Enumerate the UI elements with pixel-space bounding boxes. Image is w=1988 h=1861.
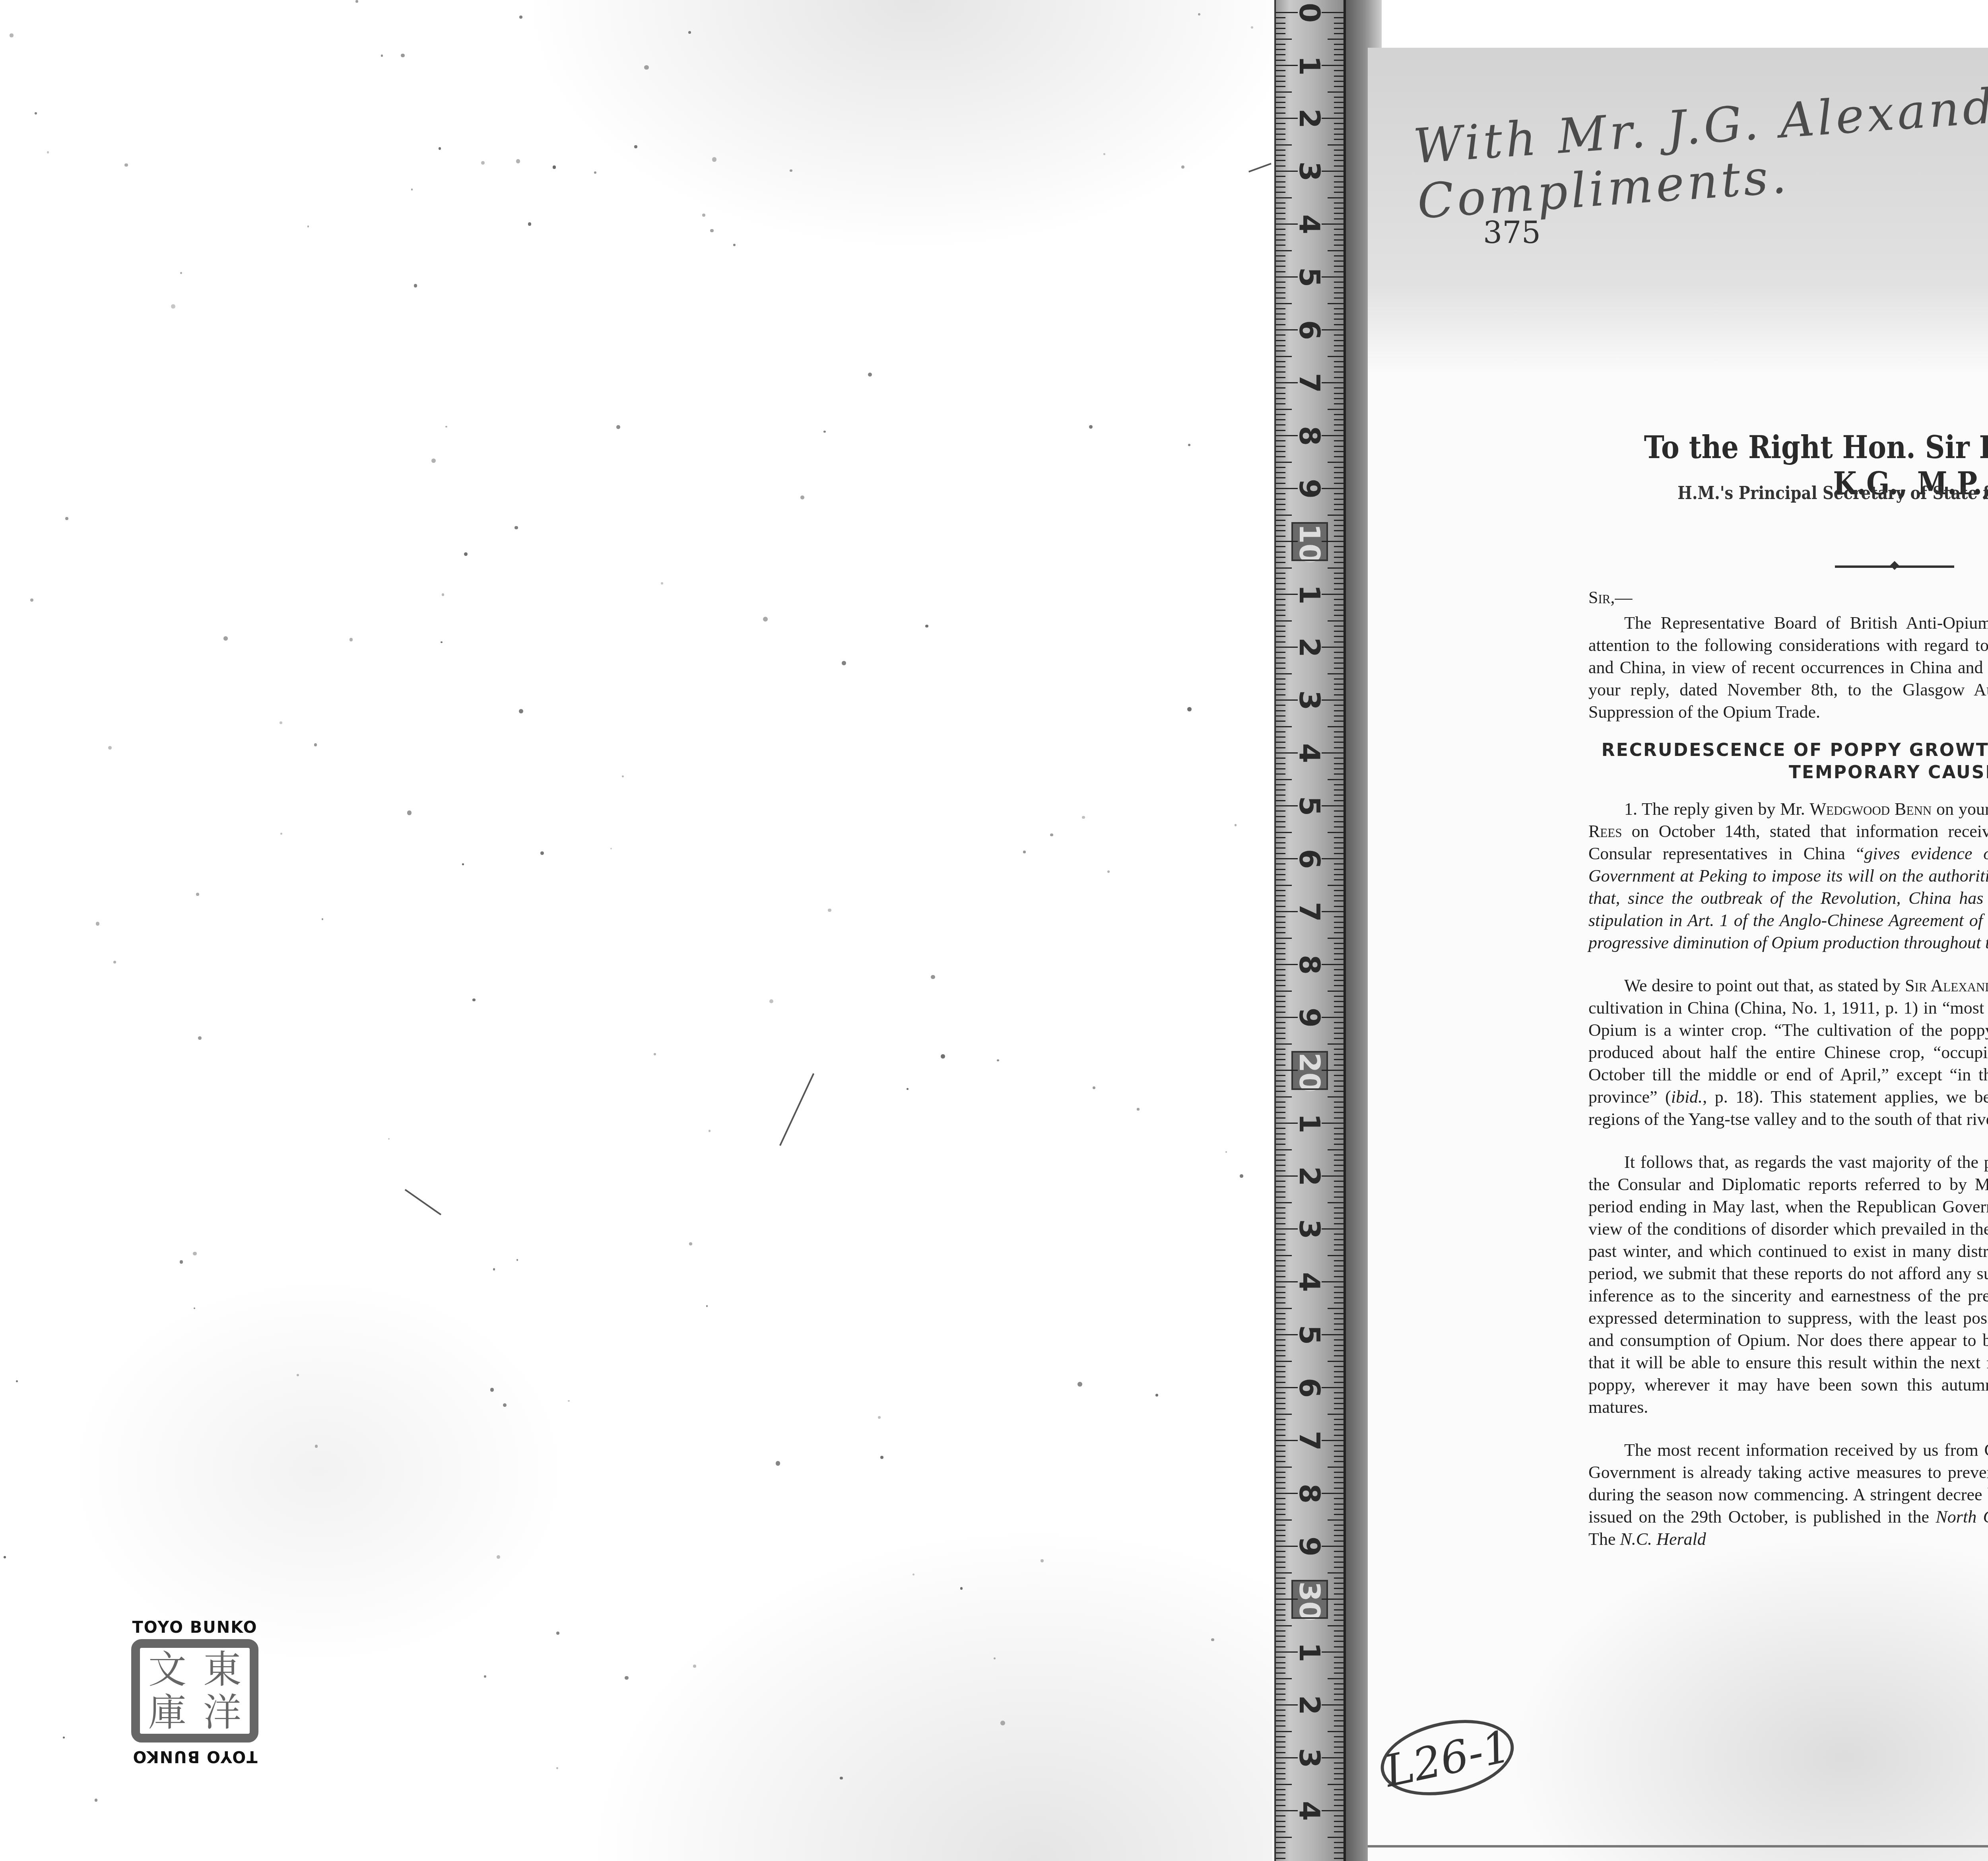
ruler-tick [1276,699,1298,701]
ruler-tick [1276,763,1285,764]
ruler-tick [1328,832,1343,833]
ruler-tick [1276,282,1285,283]
ruler-tick [1276,509,1285,510]
ruler-tick [1276,1065,1285,1066]
ruler-tick [1334,324,1343,325]
text: , can only relate to the period ending i… [1588,1175,1988,1417]
ruler-tick [1276,1281,1298,1282]
ruler-tick [1322,1070,1343,1071]
ruler-tick [1276,620,1292,622]
ruler-tick [1334,1366,1343,1367]
ruler-tick [1276,1852,1285,1853]
person-name: Mr. Benn [1975,1175,1988,1194]
ruler-tick [1276,86,1285,87]
ruler-tick [1334,1186,1343,1187]
ruler-tick [1334,361,1343,362]
ruler-tick [1276,911,1298,912]
ruler-tick [1276,991,1292,992]
ruler-tick [1276,1831,1285,1832]
ruler-tick [1276,515,1292,516]
ruler-tick [1276,393,1285,394]
paragraph-3: It follows that, as regards the vast maj… [1588,1151,1988,1418]
ruler-tick [1334,456,1343,457]
ruler-tick [1276,1128,1285,1129]
ruler-tick [1276,1826,1285,1827]
ruler-tick [1334,1107,1343,1108]
ruler-tick [1334,1720,1343,1721]
ruler-tick [1334,657,1343,659]
ruler-tick [1328,1096,1343,1098]
ruler-tick [1276,1662,1285,1663]
ruler-tick [1276,546,1285,547]
ruler-tick [1276,1752,1285,1753]
ruler-tick [1276,377,1285,378]
ruler-tick [1276,1186,1285,1187]
ruler-tick [1276,70,1285,71]
ruler-tick [1276,1012,1285,1013]
ruler-tick [1322,276,1343,278]
ruler-tick [1276,953,1285,954]
ruler-tick [1334,1429,1343,1430]
ruler-tick [1334,525,1343,526]
ruler-tick [1276,541,1298,542]
ruler-tick [1276,1556,1285,1558]
ruler-tick [1276,1546,1298,1547]
ruler-tick [1334,932,1343,933]
ruler-tick [1276,1530,1285,1531]
ruler-tick [1276,985,1285,986]
ruler-tick [1322,329,1343,330]
ruler-tick [1334,403,1343,404]
ruler-tick [1322,1175,1343,1177]
ruler-tick [1276,1604,1285,1605]
ruler-tick [1334,710,1343,711]
ruler-tick [1276,604,1285,606]
ruler-tick [1334,60,1343,61]
ruler-tick [1276,975,1285,976]
ruler-tick [1334,847,1343,849]
ruler-tick [1276,589,1285,590]
ruler-tick [1334,795,1343,796]
ruler-tick [1334,1583,1343,1584]
ruler-tick [1276,1424,1285,1425]
ruler-tick [1276,673,1292,674]
ruler-tick [1276,752,1298,754]
ruler-tick [1276,255,1285,256]
ruler-tick [1334,440,1343,441]
ruler-tick [1334,1218,1343,1219]
ruler-tick [1322,65,1343,66]
ruler-tick [1276,1366,1285,1367]
ruler-tick [1276,208,1285,209]
ruler-tick [1334,1445,1343,1446]
ruler-tick [1334,1514,1343,1515]
ruler-tick [1334,694,1343,695]
ruler-tick [1276,1657,1285,1658]
ruler-tick [1276,361,1285,362]
ruler-tick [1276,805,1298,806]
ruler-tick [1276,662,1285,664]
ruler-tick [1334,562,1343,563]
ruler-tick [1276,1075,1285,1076]
ruler-tick [1334,1604,1343,1605]
ruler-tick [1334,652,1343,653]
ruler-tick [1276,1181,1285,1182]
ruler-tick [1276,1207,1285,1208]
ruler-tick [1328,1625,1343,1626]
ruler-tick [1334,102,1343,103]
ruler-tick [1276,1736,1285,1737]
intro-paragraph: The Representative Board of British Anti… [1588,612,1988,723]
ruler-tick [1276,91,1292,93]
ruler-tick [1322,1757,1343,1758]
ruler-tick [1334,1054,1343,1055]
ruler-tick [1334,953,1343,954]
ruler-tick [1276,890,1285,891]
ruler-tick [1334,742,1343,743]
ruler-tick [1276,906,1285,907]
ruler-tick [1334,1852,1343,1853]
ruler-tick [1276,1699,1285,1700]
ruler-tick [1334,1398,1343,1399]
ruler-tick [1276,419,1285,420]
ruler-tick [1276,932,1285,933]
ruler-tick [1276,684,1285,685]
ruler-tick [1276,1609,1285,1610]
ruler-tick [1322,964,1343,965]
ruler-tick [1276,276,1298,278]
ruler-tick [1276,726,1292,727]
ruler-tick [1334,715,1343,717]
ruler-tick [1276,747,1285,748]
ruler-tick [1276,1313,1285,1314]
ruler-tick [1276,1091,1285,1092]
seal-char: 東 [195,1648,250,1691]
ruler-tick [1276,107,1285,108]
ruler-tick [1276,832,1292,833]
ruler-tick [1276,17,1285,18]
ruler-tick [1276,1440,1298,1441]
ruler-tick [1276,1810,1298,1811]
ruler-tick [1276,689,1285,690]
ruler-tick [1276,49,1285,50]
ruler-tick [1276,186,1285,188]
ruler-tick [1276,1382,1285,1383]
ruler-tick [1334,641,1343,643]
ruler-tick [1276,641,1285,643]
ruler-tick [1276,1244,1285,1245]
ruler-tick [1276,996,1285,997]
ruler-tick [1276,530,1285,531]
ruler-tick [1334,1239,1343,1240]
ruler-tick [1276,229,1285,230]
ruler-tick [1276,795,1285,796]
ruler-tick [1334,287,1343,288]
ruler-tick [1276,245,1285,246]
ruler-tick [1276,223,1298,225]
ruler-tick [1276,1059,1285,1060]
ruler-tick [1276,1805,1285,1806]
ruler-tick [1334,1001,1343,1002]
ruler-tick [1328,91,1343,93]
ruler-tick [1276,1070,1298,1071]
ruler-tick [1334,1477,1343,1478]
ruler-tick [1334,758,1343,759]
ruler-tick [1334,483,1343,484]
ruler-tick [1334,1482,1343,1483]
ruler-tick [1276,694,1285,695]
ruler-tick [1328,303,1343,304]
text: We desire to point out that, as stated b… [1624,976,1905,995]
ruler-tick [1276,668,1285,669]
ruler-tick [1334,1461,1343,1462]
ruler-tick [1276,567,1292,569]
ruler-tick [1334,1435,1343,1436]
ornamental-divider [1835,565,1954,568]
ruler-tick [1334,419,1343,420]
ruler-tick [1334,922,1343,923]
ruler-tick [1334,589,1343,590]
paragraph-2: We desire to point out that, as stated b… [1588,975,1988,1131]
ruler-tick [1334,70,1343,71]
ruler-tick [1276,1519,1292,1521]
ruler-tick [1276,583,1285,584]
ruler-tick [1322,1123,1343,1124]
ruler-tick [1334,1858,1343,1859]
ruler-tick [1276,488,1298,489]
ruler-tick [1334,1535,1343,1536]
ruler-tick [1276,150,1285,151]
ruler-tick [1276,731,1285,732]
ruler-tick [1276,477,1285,478]
ruler-tick [1276,652,1285,653]
seal-char: 庫 [140,1691,195,1734]
ruler-tick [1322,1651,1343,1653]
ruler-tick [1334,810,1343,812]
ruler-tick [1276,1567,1285,1568]
ruler-tick [1276,308,1285,309]
ruler-tick [1334,1826,1343,1827]
ruler-tick [1334,1191,1343,1193]
ruler-tick [1334,1355,1343,1356]
ruler-tick [1276,552,1285,553]
ruler-tick [1334,1165,1343,1166]
ruler-tick [1276,1562,1285,1563]
ruler-tick [1276,1762,1285,1764]
section-heading: RECRUDESCENCE OF POPPY GROWTH ATTRIBUTAB… [1588,739,1988,784]
ruler-tick [1334,1392,1343,1393]
ruler-tick [1276,192,1285,193]
ruler-tick [1334,583,1343,584]
ruler-tick [1276,1355,1285,1356]
ruler-tick [1276,483,1285,484]
ruler-tick [1276,1651,1298,1653]
ruler-tick [1276,81,1285,82]
ruler-tick [1328,1837,1343,1838]
ruler-tick [1276,144,1292,146]
ruler-tick [1276,387,1285,389]
ruler-tick [1276,202,1285,204]
ruler-tick [1328,1202,1343,1203]
ruler-tick [1276,334,1285,336]
ruler-tick [1334,1091,1343,1092]
ruler-tick [1328,1467,1343,1468]
ruler-tick [1276,599,1285,600]
ruler-tick [1334,969,1343,970]
ruler-tick [1334,245,1343,246]
ruler-tick [1276,250,1292,251]
ruler-tick [1276,1154,1285,1156]
ruler-tick [1328,1414,1343,1415]
ruler-tick [1334,1588,1343,1589]
ruler-tick [1334,260,1343,262]
ruler-tick [1334,1842,1343,1843]
ruler-tick [1276,826,1285,828]
ruler-tick [1334,213,1343,214]
ruler-tick [1334,763,1343,764]
ruler-tick [1334,1815,1343,1816]
ruler-tick [1334,1038,1343,1039]
ruler-tick [1334,816,1343,817]
ruler-tick [1334,165,1343,167]
publication-name: N.C. Herald [1620,1529,1706,1549]
ruler-tick [1276,1017,1298,1018]
ruler-tick [1276,1667,1285,1669]
ruler-tick [1322,594,1343,595]
ruler-tick [1334,345,1343,346]
ruler-tick [1276,1572,1292,1573]
ruler-tick [1334,107,1343,108]
ruler-tick [1334,1403,1343,1404]
ruler-tick [1334,1789,1343,1790]
person-name: Sir Alexander Hosie [1905,976,1988,995]
ruler-tick [1276,1350,1285,1351]
ruler-tick [1334,784,1343,785]
ruler-tick [1276,1403,1285,1404]
ruler-tick [1334,1080,1343,1082]
ruler-tick [1276,139,1285,140]
ruler-tick [1276,1006,1285,1007]
ruler-tick [1276,28,1285,29]
ruler-number: 0 [1293,0,1326,31]
ruler-tick [1276,1398,1285,1399]
ruler-tick [1334,472,1343,473]
ruler-tick [1334,1488,1343,1489]
ruler-tick [1322,1387,1343,1388]
ruler-tick [1334,202,1343,204]
ruler-tick [1334,975,1343,976]
ruler-tick [1276,1329,1285,1330]
ruler-tick [1328,1149,1343,1150]
ruler-tick [1334,1128,1343,1129]
ruler-tick [1276,440,1285,441]
ruler-tick [1328,620,1343,622]
ruler-tick [1322,1017,1343,1018]
ruler-tick [1334,334,1343,336]
ruler-tick [1334,150,1343,151]
ruler-tick [1334,837,1343,838]
ruler-tick [1276,1260,1285,1261]
ruler-tick [1334,160,1343,161]
ruler-tick [1276,610,1285,611]
ruler-tick [1276,1709,1285,1711]
ruler-tick [1276,345,1285,346]
ruler-tick [1334,33,1343,34]
ruler-tick [1322,382,1343,383]
ruler-tick [1334,1249,1343,1251]
ruler-tick [1276,1054,1285,1055]
ruler-tick [1276,1620,1285,1621]
ruler-tick [1276,1033,1285,1034]
person-name: Wedgwood Benn [1810,799,1932,819]
ruler-tick [1334,1144,1343,1145]
ruler-tick [1334,1154,1343,1156]
ruler-tick [1334,721,1343,722]
ruler-tick [1322,752,1343,754]
ruler-tick [1322,435,1343,436]
ruler-tick [1276,1815,1285,1816]
ruler-tick [1276,1614,1285,1616]
paragraph-1: 1. The reply given by Mr. Wedgwood Benn … [1588,798,1988,954]
ruler-tick [1334,176,1343,177]
ruler-tick [1276,1270,1285,1272]
ruler-tick [1334,1212,1343,1214]
ruler-tick [1276,356,1292,357]
ruler-tick [1322,488,1343,489]
ruler-tick [1276,1339,1285,1340]
ruler-tick [1276,1493,1298,1494]
ruler-tick [1276,837,1285,838]
ruler-tick [1334,948,1343,949]
seal-characters: 文 東 庫 洋 [131,1639,258,1743]
ruler-tick [1334,604,1343,606]
ruler-tick [1276,1784,1292,1785]
ruler-tick [1276,1636,1285,1637]
ruler-tick [1276,1535,1285,1536]
ruler-tick [1276,1144,1285,1145]
ruler-tick [1334,44,1343,45]
ruler-tick [1334,23,1343,24]
ruler-tick [1276,1715,1285,1716]
ruler-tick [1276,1101,1285,1103]
ruler-tick [1322,647,1343,648]
ruler-tick [1334,1323,1343,1325]
ruler-tick [1328,515,1343,516]
ruler-tick [1334,1197,1343,1198]
ruler-tick [1276,721,1285,722]
ruler-tick [1276,1175,1298,1177]
ruler-tick [1334,1746,1343,1748]
ruler-tick [1334,668,1343,669]
ruler-tick [1334,1160,1343,1161]
ruler-tick [1276,885,1292,886]
ruler-tick [1276,1778,1285,1779]
ruler-tick [1334,662,1343,664]
ruler-tick [1334,736,1343,738]
page-number: 375 [1483,215,1541,250]
ruler-tick [1334,821,1343,822]
ruler-tick [1334,319,1343,320]
ruler-tick [1334,631,1343,632]
ruler-tick [1334,1313,1343,1314]
ruler-tick [1334,155,1343,156]
ruler-tick [1276,1741,1285,1743]
ruler-tick [1276,980,1285,981]
ruler-tick [1322,1599,1343,1600]
ruler-tick [1276,456,1285,457]
ruler-tick [1276,1028,1285,1029]
ruler-tick [1328,39,1343,40]
